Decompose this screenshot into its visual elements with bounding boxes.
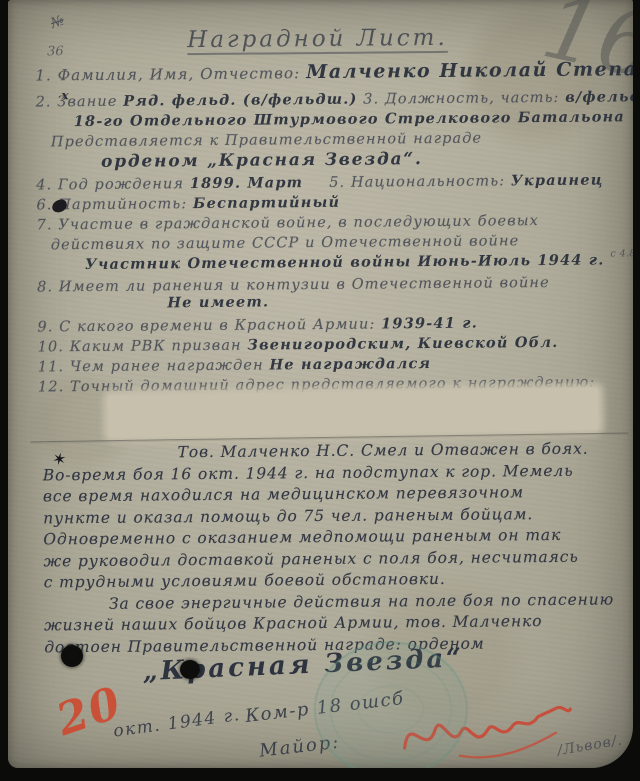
handwritten-text: в/фельдшер <box>565 88 633 106</box>
form-line: орденом „Красная Звезда“. <box>101 147 617 173</box>
handwritten-text: 4. Год рождения <box>36 176 190 193</box>
handwritten-text: Представляется к Правительственной награ… <box>51 131 482 151</box>
handwritten-text: действиях по защите СССР и Отечественной… <box>51 233 520 253</box>
handwritten-text: Одновременно с оказанием медпомощи ранен… <box>43 526 561 549</box>
handwritten-text: Беспартийный <box>193 194 340 212</box>
handwritten-text: 10. Каким РВК призван <box>38 338 248 356</box>
handwritten-text: Во-время боя 16 окт. 1944 г. на подступа… <box>43 461 574 484</box>
handwritten-text: же руководил доставкой раненых с поля бо… <box>43 547 578 570</box>
handwritten-text: 8. Имеет ли ранения и контузии в Отечест… <box>37 275 550 295</box>
citation-section: Тов. Малченко Н.С. Смел и Отважен в боях… <box>43 438 618 658</box>
handwritten-text: Не имеет. <box>167 293 269 311</box>
handwritten-text: 3. Должность, часть: <box>357 90 565 108</box>
handwritten-text: За свое энергичные действия на поле боя … <box>109 590 614 612</box>
redaction-box <box>108 388 599 438</box>
handwritten-text: все время находился на медицинском перев… <box>43 483 524 505</box>
form-line: 1. Фамилия, Имя, Отчество: Малченко Нико… <box>35 59 616 85</box>
handwritten-text: 18-го Отдельного Штурмового Стрелкового … <box>74 108 625 130</box>
handwritten-text: Не награждался <box>269 355 431 373</box>
handwritten-text: 11. Чем ранее награжден <box>38 357 270 375</box>
form-section: 1. Фамилия, Имя, Отчество: Малченко Нико… <box>35 59 619 397</box>
handwritten-text: жизней наших бойцов Красной Армии, тов. … <box>44 612 542 634</box>
document-content: № 36 х 161 Наградной Лист. 1. Фамилия, И… <box>8 0 633 768</box>
handwritten-text: пункте и оказал помощь до 75 чел. ранены… <box>43 505 533 527</box>
handwritten-text: Тов. Малченко Н.С. Смел и Отважен в боях… <box>178 440 589 462</box>
handwritten-text: 9. С какого времени в Красной Армии: <box>37 316 381 335</box>
handwritten-text: 1. Фамилия, Имя, Отчество: <box>35 64 306 84</box>
handwritten-text: Ряд. фельд. (в/фельдш.) <box>123 91 358 110</box>
handwritten-text: Украинец <box>511 172 604 190</box>
handwritten-text: Звенигородским, Киевской Обл. <box>247 334 558 354</box>
handwritten-text: 1939-41 г. <box>381 315 478 333</box>
date-month-year: окт. 1944 г. <box>112 705 241 742</box>
hole-punch <box>61 645 83 667</box>
citation-line: Тов. Малченко Н.С. Смел и Отважен в боях… <box>178 438 616 463</box>
hole-punch <box>180 660 200 679</box>
paper-sheet: № 36 х 161 Наградной Лист. 1. Фамилия, И… <box>8 0 633 768</box>
handwritten-text: орденом „Красная Звезда“. <box>101 149 423 172</box>
handwritten-text: 1899. Март <box>190 174 304 192</box>
handwritten-text: 7. Участие в гражданской войне, в послед… <box>37 213 539 233</box>
handwritten-text: Малченко Николай Степанович <box>306 58 633 84</box>
scanned-document: № 36 х 161 Наградной Лист. 1. Фамилия, И… <box>0 0 640 781</box>
handwritten-text: с 4.8.1944 I Приб. фр. <box>610 247 633 259</box>
handwritten-text: 2. Звание <box>35 94 123 111</box>
handwritten-text: Участник Отечественной войны Июнь-Июль 1… <box>85 252 605 274</box>
handwritten-text: 5. Национальность: <box>329 173 511 191</box>
handwritten-text: с трудными условиями боевой обстановки. <box>44 570 446 592</box>
page-title: Наградной Лист. <box>8 23 630 54</box>
